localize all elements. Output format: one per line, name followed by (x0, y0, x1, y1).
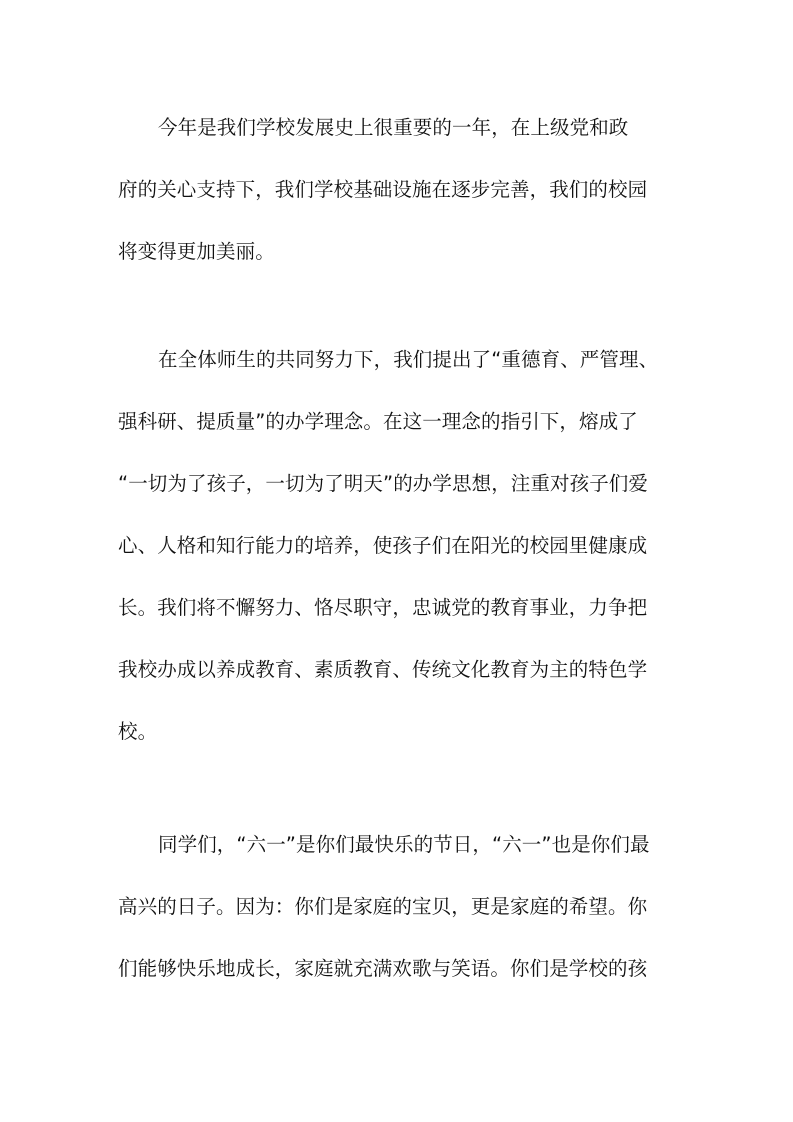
text-line: 长。我们将不懈努力、恪尽职守，忠诚党的教育事业，力争把 (118, 596, 680, 658)
text-line: 府的关心支持下，我们学校基础设施在逐步完善，我们的校园 (118, 178, 680, 240)
paragraph-childrens-day: 同学们，“六一”是你们最快乐的节日，“六一”也是你们最 高兴的日子。因为：你们是… (118, 833, 680, 1019)
text-line: 心、人格和知行能力的培养，使孩子们在阳光的校园里健康成 (118, 534, 680, 596)
document-page: 今年是我们学校发展史上很重要的一年，在上级党和政 府的关心支持下，我们学校基础设… (0, 0, 793, 1122)
text-line: 高兴的日子。因为：你们是家庭的宝贝，更是家庭的希望。你 (118, 895, 680, 957)
paragraph-school-development: 今年是我们学校发展史上很重要的一年，在上级党和政 府的关心支持下，我们学校基础设… (118, 116, 680, 302)
text-line: 强科研、提质量”的办学理念。在这一理念的指引下，熔成了 (118, 410, 680, 472)
text-line: 今年是我们学校发展史上很重要的一年，在上级党和政 (118, 116, 680, 178)
text-line: “一切为了孩子，一切为了明天”的办学思想，注重对孩子们爱 (118, 472, 680, 534)
text-line: 同学们，“六一”是你们最快乐的节日，“六一”也是你们最 (118, 833, 680, 895)
text-line: 我校办成以养成教育、素质教育、传统文化教育为主的特色学 (118, 658, 680, 720)
paragraph-school-philosophy: 在全体师生的共同努力下，我们提出了“重德育、严管理、 强科研、提质量”的办学理念… (118, 348, 680, 782)
text-line: 们能够快乐地成长，家庭就充满欢歌与笑语。你们是学校的孩 (118, 957, 680, 1019)
text-line: 在全体师生的共同努力下，我们提出了“重德育、严管理、 (118, 348, 680, 410)
text-line: 校。 (118, 720, 680, 782)
text-line: 将变得更加美丽。 (118, 240, 680, 302)
